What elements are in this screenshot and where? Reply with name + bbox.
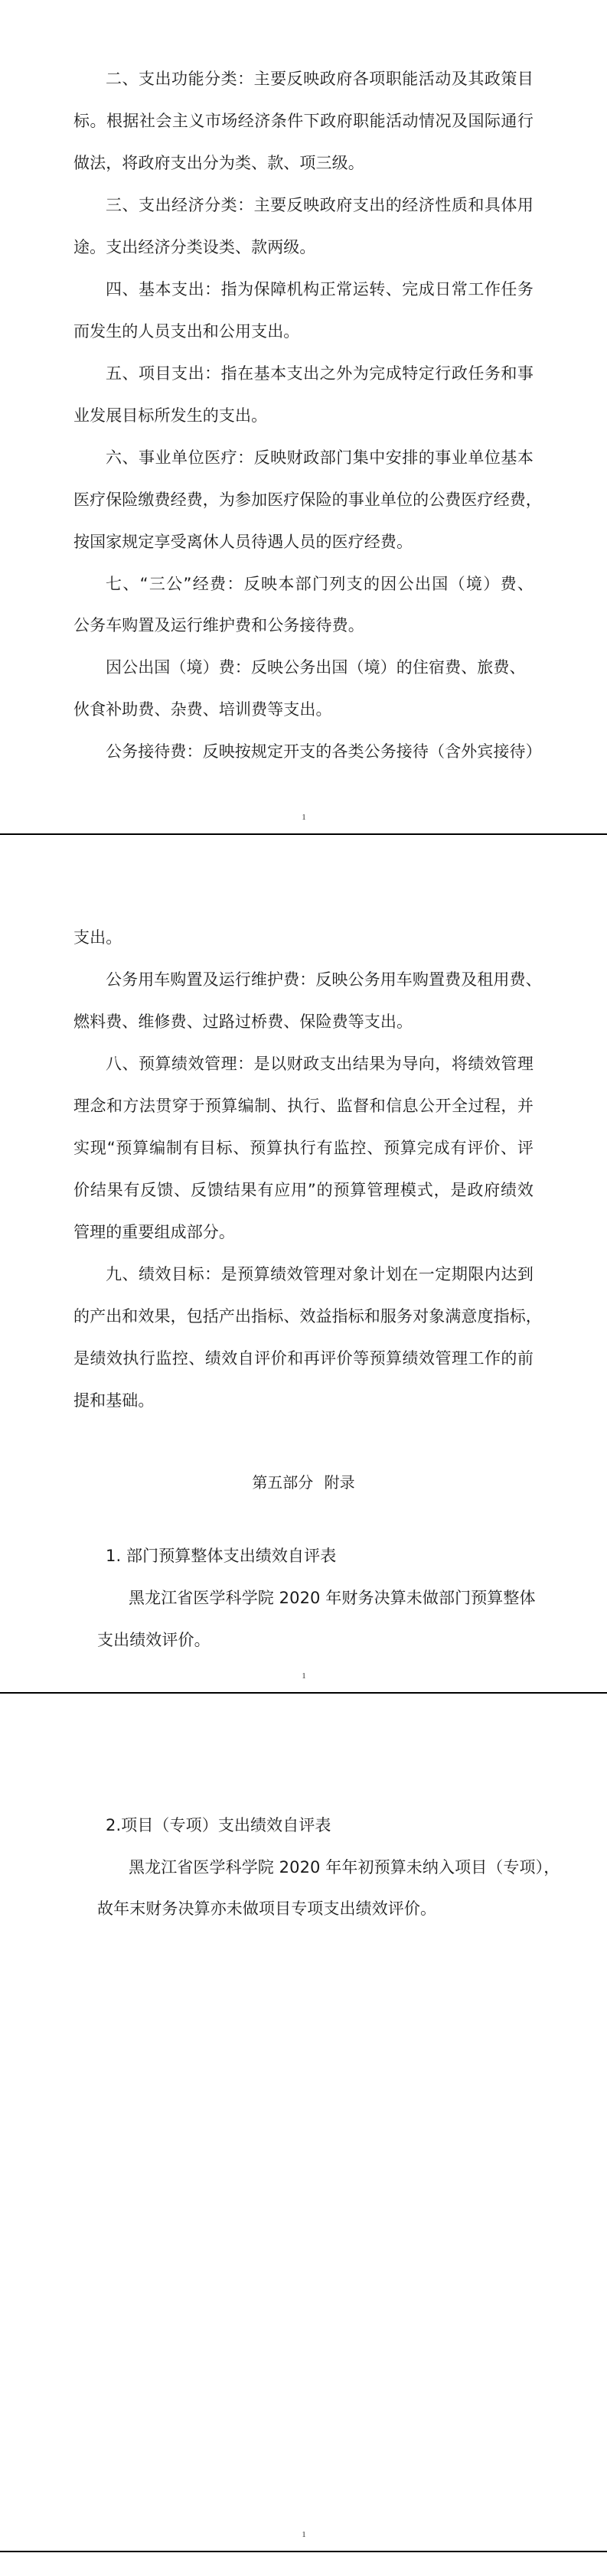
paragraph-line: 做法，将政府支出分为类、款、项三级。	[73, 152, 534, 174]
paragraph-line: 理念和方法贯穿于预算编制、执行、监督和信息公开全过程，并	[73, 1095, 534, 1117]
paragraph-line: 提和基础。	[73, 1390, 534, 1411]
paragraph-line: 支出绩效评价。	[97, 1629, 210, 1651]
paragraph-line: 管理的重要组成部分。	[73, 1221, 534, 1243]
paragraph-line: 三、支出经济分类：主要反映政府支出的经济性质和具体用	[106, 194, 534, 216]
section-title-appendix: 第五部分 附录	[0, 1472, 607, 1492]
appendix-item-1-heading: 1. 部门预算整体支出绩效自评表	[106, 1545, 336, 1567]
page-divider	[0, 2551, 607, 2552]
paragraph-line: 价结果有反馈、反馈结果有应用”的预算管理模式，是政府绩效	[73, 1179, 534, 1201]
paragraph-line: 黑龙江省医学科学院 2020 年年初预算未纳入项目（专项），	[129, 1857, 532, 1878]
paragraph-line: 四、基本支出：指为保障机构正常运转、完成日常工作任务	[106, 279, 534, 300]
paragraph-line: 是绩效执行监控、绩效自评价和再评价等预算绩效管理工作的前	[73, 1348, 534, 1369]
paragraph-line: 医疗保险缴费经费，为参加医疗保险的事业单位的公费医疗经费，	[73, 489, 534, 510]
page-number: 1	[299, 812, 309, 823]
paragraph-line: 而发生的人员支出和公用支出。	[73, 321, 534, 342]
page-divider	[0, 833, 607, 835]
paragraph-line: 的产出和效果，包括产出指标、效益指标和服务对象满意度指标，	[73, 1306, 534, 1327]
paragraph-line: 公务用车购置及运行维护费：反映公务用车购置费及租用费、	[106, 969, 534, 990]
paragraph-line: 因公出国（境）费：反映公务出国（境）的住宿费、旅费、	[106, 657, 524, 678]
paragraph-line: 公务接待费：反映按规定开支的各类公务接待（含外宾接待）	[106, 741, 534, 762]
page-number: 1	[299, 2529, 309, 2540]
paragraph-line: 实现“预算编制有目标、预算执行有监控、预算完成有评价、评	[73, 1137, 534, 1159]
paragraph-line: 黑龙江省医学科学院 2020 年财务决算未做部门预算整体	[129, 1587, 528, 1609]
paragraph-line: 五、项目支出：指在基本支出之外为完成特定行政任务和事	[106, 363, 534, 384]
paragraph-line: 标。根据社会主义市场经济条件下政府职能活动情况及国际通行	[73, 110, 534, 132]
paragraph-line: 九、绩效目标：是预算绩效管理对象计划在一定期限内达到	[106, 1264, 534, 1285]
paragraph-line: 按国家规定享受离休人员待遇人员的医疗经费。	[73, 531, 534, 553]
paragraph-line: 二、支出功能分类：主要反映政府各项职能活动及其政策目	[106, 68, 534, 90]
paragraph-line: 燃料费、维修费、过路过桥费、保险费等支出。	[73, 1011, 534, 1032]
paragraph-line: 公务车购置及运行维护费和公务接待费。	[73, 615, 534, 636]
paragraph-line: 伙食补助费、杂费、培训费等支出。	[73, 699, 534, 720]
page-number: 1	[299, 1671, 309, 1681]
appendix-item-2-heading: 2.项目（专项）支出绩效自评表	[106, 1815, 331, 1836]
paragraph-line: 八、预算绩效管理：是以财政支出结果为导向，将绩效管理	[106, 1053, 534, 1074]
paragraph-line: 支出。	[73, 927, 534, 948]
page-divider	[0, 1692, 607, 1694]
paragraph-line: 途。支出经济分类设类、款两级。	[73, 236, 534, 258]
paragraph-line: 七、“三公”经费：反映本部门列支的因公出国（境）费、	[106, 573, 534, 595]
paragraph-line: 六、事业单位医疗：反映财政部门集中安排的事业单位基本	[106, 447, 534, 468]
paragraph-line: 业发展目标所发生的支出。	[73, 405, 534, 426]
paragraph-line: 故年末财务决算亦未做项目专项支出绩效评价。	[97, 1898, 436, 1919]
